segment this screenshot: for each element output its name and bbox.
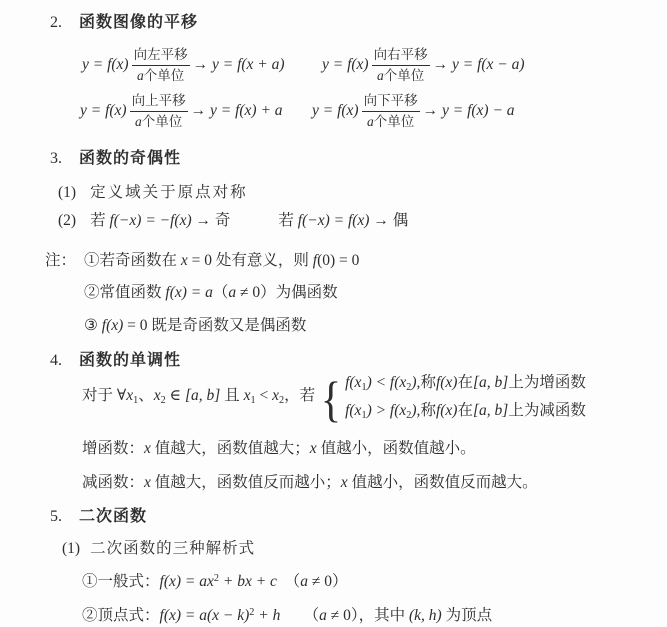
- cases-block: f(x1) < f(x2),称f(x)在[a, b]上为增函数 f(x1) > …: [345, 371, 586, 427]
- fraction-numerator: 向上平移: [130, 92, 188, 112]
- monotonicity-definition: 对于 ∀x1、x2 ∈ [a, b] 且 x1 < x2，若 { f(x1) <…: [82, 371, 586, 427]
- section-2-number: 2.: [50, 14, 62, 31]
- parity-note-1: 注：①若奇函数在 x = 0 处有意义，则 f(0) = 0: [45, 250, 359, 272]
- section-3-title: 函数的奇偶性: [79, 150, 181, 167]
- item-number: (1): [62, 540, 80, 557]
- parity-item-2: (2)若 f(−x) = −f(x) → 奇若 f(−x) = f(x) → 偶: [58, 210, 408, 232]
- cases-brace: {: [321, 374, 341, 424]
- note-label: 注：: [45, 252, 76, 269]
- fraction-denominator: a个单位: [135, 112, 182, 131]
- fraction: 向下平移 a个单位: [362, 92, 420, 131]
- increasing-case: f(x1) < f(x2),称f(x)在[a, b]上为增函数: [345, 371, 586, 399]
- item-text: 定义域关于原点对称: [90, 184, 248, 201]
- formula-rhs: → y = f(x − a): [433, 54, 525, 76]
- fraction-denominator: a个单位: [377, 66, 424, 85]
- section-3-number: 3.: [50, 150, 62, 167]
- section-2-title: 函数图像的平移: [79, 14, 198, 31]
- fraction-denominator: a个单位: [367, 112, 414, 131]
- formula-rhs: → y = f(x + a): [193, 54, 285, 76]
- quadratic-general-form: ①一般式：f(x) = ax2 + bx + c （a ≠ 0）: [82, 568, 347, 593]
- quadratic-item-1: (1)二次函数的三种解析式: [62, 538, 255, 560]
- fraction-numerator: 向左平移: [132, 46, 190, 66]
- parity-item-1: (1)定义域关于原点对称: [58, 182, 248, 204]
- item-number: (1): [58, 184, 76, 201]
- note-1-text: ①若奇函数在 x = 0 处有意义，则 f(0) = 0: [84, 252, 359, 269]
- formula-rhs: → y = f(x) − a: [423, 100, 515, 122]
- decreasing-case: f(x1) > f(x2),称f(x)在[a, b]上为减函数: [345, 399, 586, 427]
- increasing-description: 增函数：x 值越大，函数值越大；x 值越小，函数值越小。: [82, 438, 476, 460]
- fraction: 向上平移 a个单位: [130, 92, 188, 131]
- section-5-heading: 5. 二次函数: [50, 506, 147, 528]
- note-2-text: ②常值函数 f(x) = a（a ≠ 0）为偶函数: [84, 284, 338, 301]
- section-4-title: 函数的单调性: [79, 352, 181, 369]
- section-4-heading: 4. 函数的单调性: [50, 350, 181, 372]
- odd-condition: 若 f(−x) = −f(x) → 奇: [90, 212, 230, 229]
- parity-note-2: ②常值函数 f(x) = a（a ≠ 0）为偶函数: [84, 282, 338, 304]
- section-3-heading: 3. 函数的奇偶性: [50, 148, 181, 170]
- fraction: 向左平移 a个单位: [132, 46, 190, 85]
- formula-shift-down: y = f(x) 向下平移 a个单位 → y = f(x) − a: [312, 92, 515, 131]
- formula-rhs: → y = f(x) + a: [191, 100, 283, 122]
- fraction: 向右平移 a个单位: [372, 46, 430, 85]
- note-3-text: ③ f(x) = 0 既是奇函数又是偶函数: [84, 317, 306, 334]
- section-4-number: 4.: [50, 352, 62, 369]
- parity-note-3: ③ f(x) = 0 既是奇函数又是偶函数: [84, 315, 306, 337]
- vertex-form-text: ②顶点式：f(x) = a(x − k)2 + h （a ≠ 0），其中 (k,…: [82, 607, 492, 624]
- formula-shift-left: y = f(x) 向左平移 a个单位 → y = f(x + a): [82, 46, 285, 85]
- formula-lhs: y = f(x): [80, 100, 127, 122]
- formula-lhs: y = f(x): [82, 54, 129, 76]
- increasing-text: 增函数：x 值越大，函数值越大；x 值越小，函数值越小。: [82, 440, 476, 457]
- section-5-number: 5.: [50, 508, 62, 525]
- formula-lhs: y = f(x): [312, 100, 359, 122]
- formula-shift-right: y = f(x) 向右平移 a个单位 → y = f(x − a): [322, 46, 525, 85]
- item-text: 二次函数的三种解析式: [90, 540, 255, 557]
- section-2-heading: 2. 函数图像的平移: [50, 12, 198, 34]
- section-5-title: 二次函数: [79, 508, 147, 525]
- formula-lhs: y = f(x): [322, 54, 369, 76]
- general-form-text: ①一般式：f(x) = ax2 + bx + c （a ≠ 0）: [82, 573, 347, 590]
- document-page: 2. 函数图像的平移 y = f(x) 向左平移 a个单位 → y = f(x …: [0, 0, 667, 627]
- quadratic-vertex-form: ②顶点式：f(x) = a(x − k)2 + h （a ≠ 0），其中 (k,…: [82, 602, 492, 627]
- item-number: (2): [58, 212, 76, 229]
- decreasing-description: 减函数：x 值越大，函数值反而越小；x 值越小，函数值反而越大。: [82, 472, 538, 494]
- even-condition: 若 f(−x) = f(x) → 偶: [278, 212, 408, 229]
- monotonicity-intro: 对于 ∀x1、x2 ∈ [a, b] 且 x1 < x2，若: [82, 385, 315, 412]
- decreasing-text: 减函数：x 值越大，函数值反而越小；x 值越小，函数值反而越大。: [82, 474, 538, 491]
- fraction-denominator: a个单位: [137, 66, 184, 85]
- fraction-numerator: 向下平移: [362, 92, 420, 112]
- fraction-numerator: 向右平移: [372, 46, 430, 66]
- formula-shift-up: y = f(x) 向上平移 a个单位 → y = f(x) + a: [80, 92, 283, 131]
